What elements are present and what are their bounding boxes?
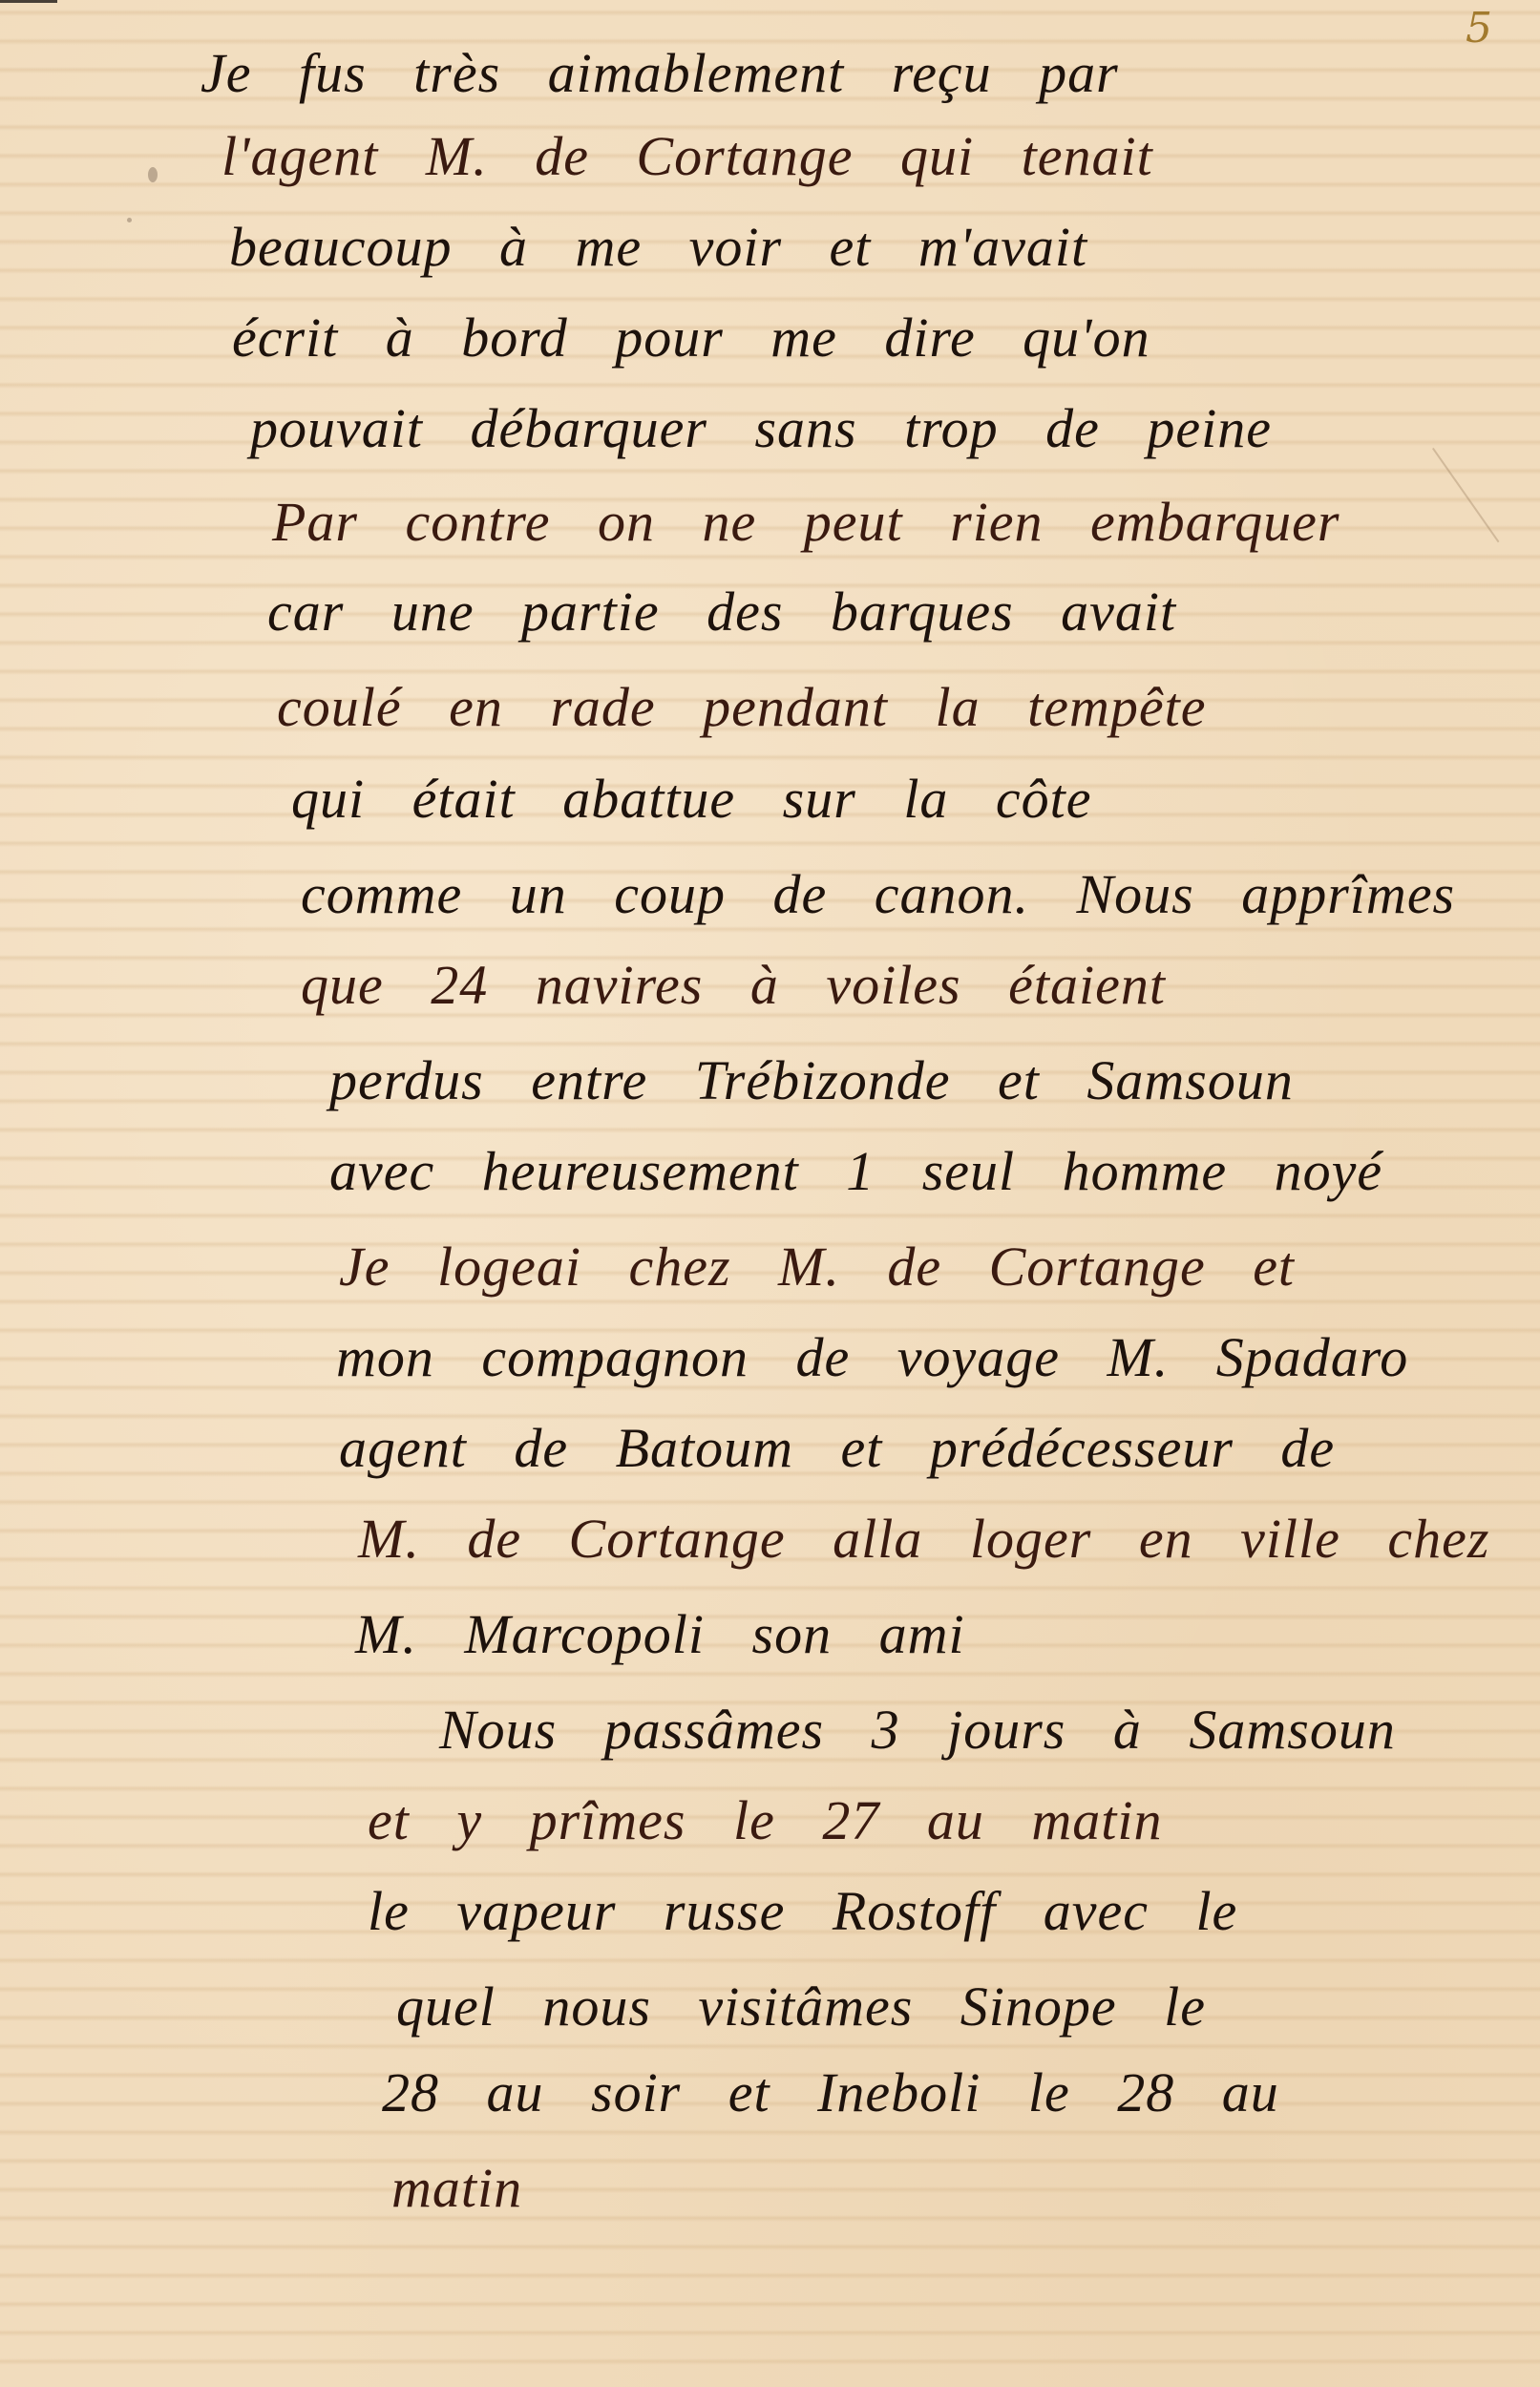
letter-line: que 24 navires à voiles étaient xyxy=(301,958,1166,1013)
letter-line: mon compagnon de voyage M. Spadaro xyxy=(336,1330,1408,1385)
letter-line: qui était abattue sur la côte xyxy=(291,771,1092,827)
letter-line: 28 au soir et Ineboli le 28 au xyxy=(382,2065,1279,2121)
letter-line: perdus entre Trébizonde et Samsoun xyxy=(329,1053,1294,1109)
letter-line: M. de Cortange alla loger en ville chez xyxy=(358,1511,1489,1567)
letter-line: M. Marcopoli son ami xyxy=(355,1607,965,1662)
letter-line: le vapeur russe Rostoff avec le xyxy=(368,1884,1237,1939)
letter-line: agent de Batoum et prédécesseur de xyxy=(339,1421,1335,1476)
letter-line: avec heureusement 1 seul homme noyé xyxy=(329,1144,1382,1199)
letter-line: quel nous visitâmes Sinope le xyxy=(396,1979,1206,2035)
letter-line: matin xyxy=(391,2161,522,2216)
letter-line: Par contre on ne peut rien embarquer xyxy=(272,495,1340,550)
letter-line: l'agent M. de Cortange qui tenait xyxy=(222,129,1153,184)
letter-line: pouvait débarquer sans trop de peine xyxy=(250,401,1272,456)
letter-line: car une partie des barques avait xyxy=(267,584,1176,640)
letter-body: Je fus très aimablement reçu par l'agent… xyxy=(0,0,1540,2387)
letter-line: Je fus très aimablement reçu par xyxy=(200,46,1119,101)
letter-line: et y prîmes le 27 au matin xyxy=(368,1793,1162,1848)
letter-line: Je logeai chez M. de Cortange et xyxy=(339,1239,1295,1295)
letter-line: écrit à bord pour me dire qu'on xyxy=(232,310,1150,366)
letter-line: Nous passâmes 3 jours à Samsoun xyxy=(439,1702,1396,1758)
letter-line: coulé en rade pendant la tempête xyxy=(277,680,1206,735)
letter-line: beaucoup à me voir et m'avait xyxy=(229,220,1087,275)
letter-line: comme un coup de canon. Nous apprîmes xyxy=(301,867,1455,922)
